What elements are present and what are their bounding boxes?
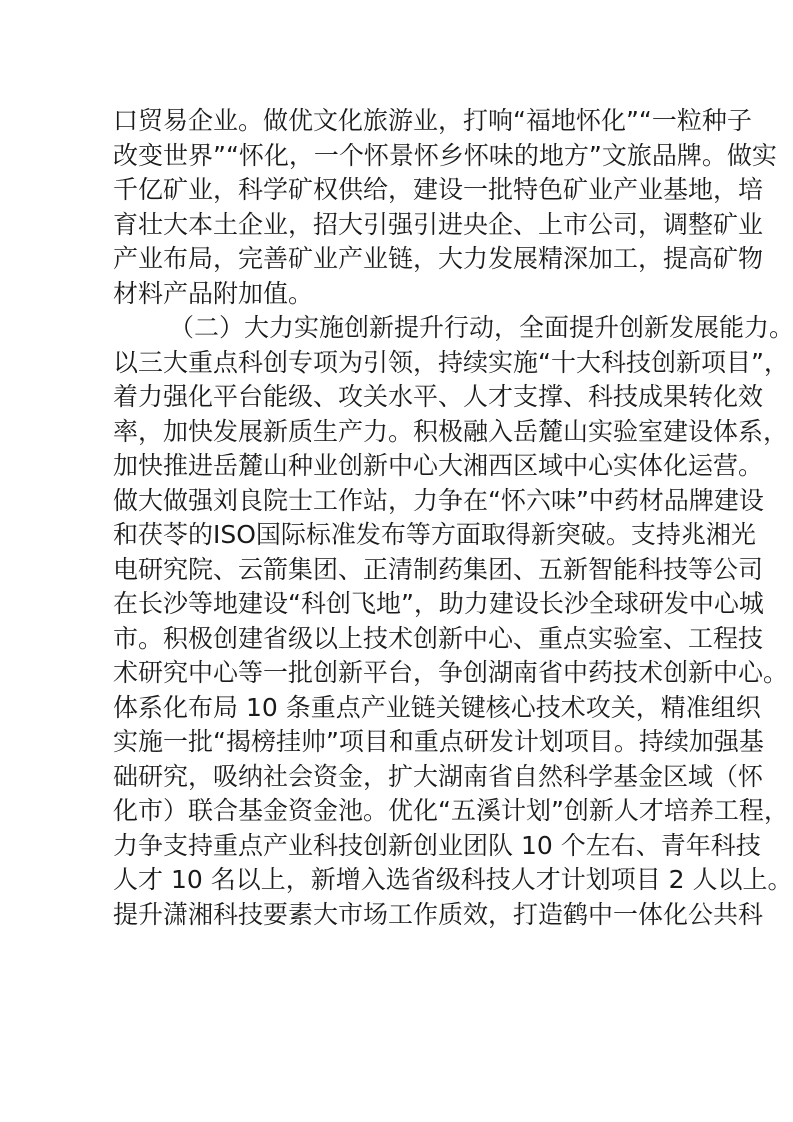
text-line: 口贸易企业。做优文化旅游业，打响“福地怀化”“一粒种子 <box>113 104 683 139</box>
document-page: 口贸易企业。做优文化旅游业，打响“福地怀化”“一粒种子 改变世界”“怀化，一个怀… <box>0 0 793 1122</box>
text-line: 材料产品附加值。 <box>113 277 683 312</box>
text-line: 和茯苓的ISO国际标准发布等方面取得新突破。支持兆湘光 <box>113 518 683 553</box>
text-line: 力争支持重点产业科技创新创业团队 10 个左右、青年科技 <box>113 829 683 864</box>
section-heading: （二）大力实施创新提升行动，全面提升创新发展能力。 <box>113 311 683 346</box>
text-line: 电研究院、云箭集团、正清制药集团、五新智能科技等公司 <box>113 553 683 588</box>
text-line: 率，加快发展新质生产力。积极融入岳麓山实验室建设体系， <box>113 415 683 450</box>
text-line: 提升潇湘科技要素大市场工作质效，打造鹤中一体化公共科 <box>113 898 683 933</box>
section-heading-text: （二）大力实施创新提升行动，全面提升创新发展能力。 <box>113 311 683 346</box>
paragraph-trade-tourism-mining: 口贸易企业。做优文化旅游业，打响“福地怀化”“一粒种子 改变世界”“怀化，一个怀… <box>113 104 683 311</box>
text-line: 术研究中心等一批创新平台，争创湖南省中药技术创新中心。 <box>113 656 683 691</box>
text-line: 化市）联合基金资金池。优化“五溪计划”创新人才培养工程， <box>113 794 683 829</box>
text-line: 在长沙等地建设“科创飞地”，助力建设长沙全球研发中心城 <box>113 587 683 622</box>
text-line: 体系化布局 10 条重点产业链关键核心技术攻关，精准组织 <box>113 691 683 726</box>
text-line: 础研究，吸纳社会资金，扩大湖南省自然科学基金区域（怀 <box>113 760 683 795</box>
text-line: 产业布局，完善矿业产业链，大力发展精深加工，提高矿物 <box>113 242 683 277</box>
document-body: 口贸易企业。做优文化旅游业，打响“福地怀化”“一粒种子 改变世界”“怀化，一个怀… <box>113 104 683 932</box>
paragraph-innovation: 以三大重点科创专项为引领，持续实施“十大科技创新项目”， 着力强化平台能级、攻关… <box>113 346 683 933</box>
text-line: 人才 10 名以上，新增入选省级科技人才计划项目 2 人以上。 <box>113 863 683 898</box>
text-line: 以三大重点科创专项为引领，持续实施“十大科技创新项目”， <box>113 346 683 381</box>
text-line: 改变世界”“怀化，一个怀景怀乡怀味的地方”文旅品牌。做实 <box>113 139 683 174</box>
text-line: 着力强化平台能级、攻关水平、人才支撑、科技成果转化效 <box>113 380 683 415</box>
text-line: 实施一批“揭榜挂帅”项目和重点研发计划项目。持续加强基 <box>113 725 683 760</box>
text-line: 育壮大本土企业，招大引强引进央企、上市公司，调整矿业 <box>113 208 683 243</box>
text-line: 千亿矿业，科学矿权供给，建设一批特色矿业产业基地，培 <box>113 173 683 208</box>
text-line: 加快推进岳麓山种业创新中心大湘西区域中心实体化运营。 <box>113 449 683 484</box>
text-line: 做大做强刘良院士工作站，力争在“怀六味”中药材品牌建设 <box>113 484 683 519</box>
text-line: 市。积极创建省级以上技术创新中心、重点实验室、工程技 <box>113 622 683 657</box>
